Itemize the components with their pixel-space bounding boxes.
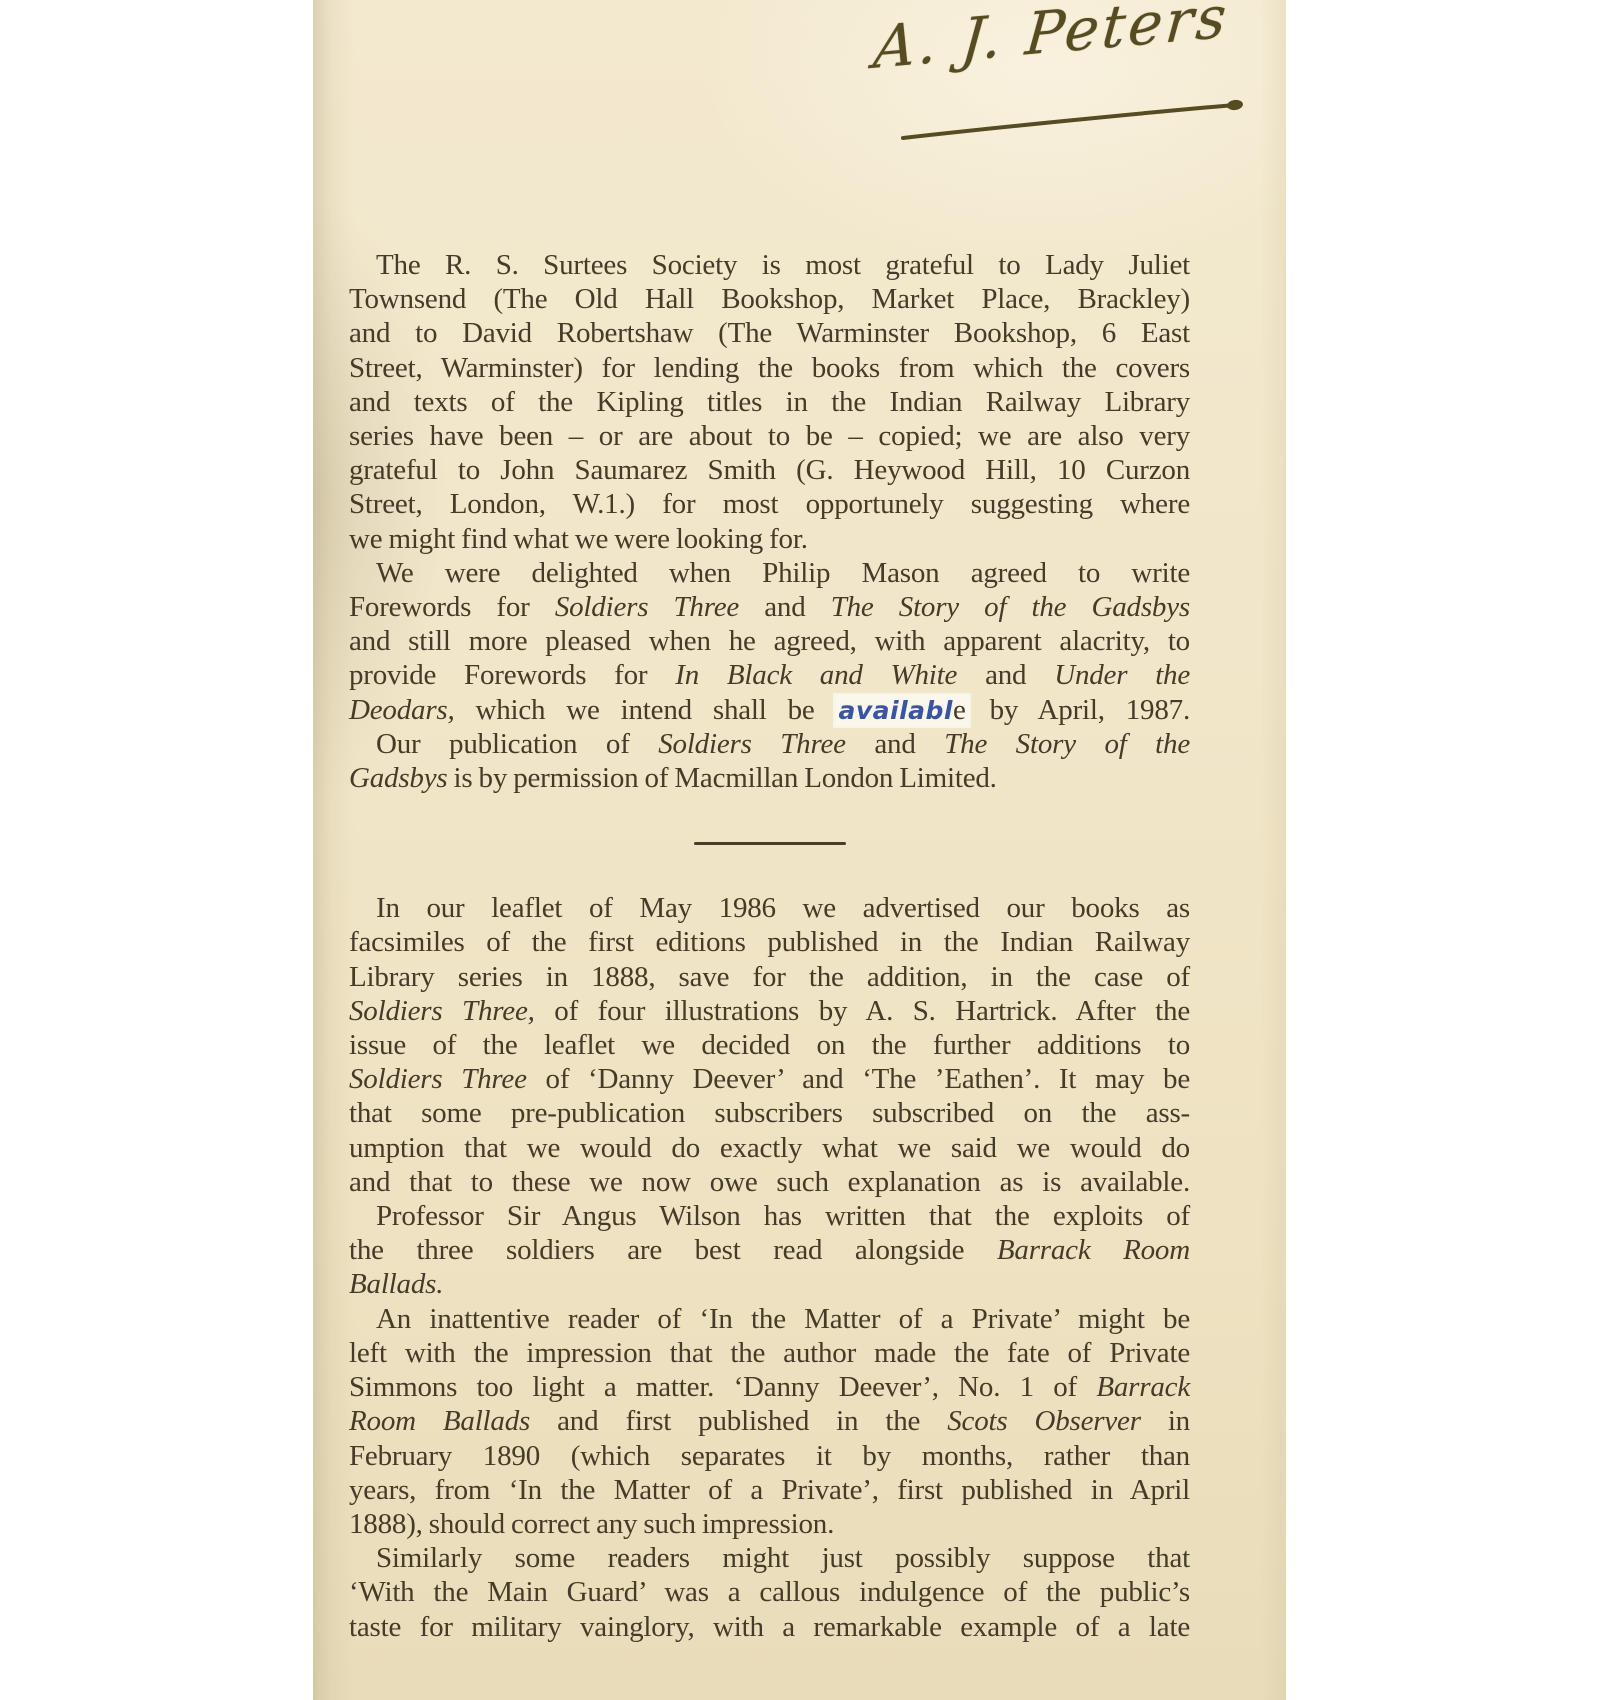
text-line: Gadsbys is by permission of Macmillan Lo… (349, 761, 1190, 795)
italic-text: Ballads. (349, 1268, 443, 1300)
body-text: Our publication of (376, 728, 658, 760)
body-text: that some pre-publication subscribers su… (349, 1097, 1190, 1129)
text-line: grateful to John Saumarez Smith (G. Heyw… (349, 453, 1190, 487)
paragraph: Our publication of Soldiers Three and Th… (349, 727, 1190, 795)
body-text: Simmons too light a matter. ‘Danny Deeve… (349, 1371, 1096, 1403)
text-line: that some pre-publication subscribers su… (349, 1096, 1190, 1130)
body-text: and (739, 591, 831, 623)
body-text: taste for military vainglory, with a rem… (349, 1611, 1190, 1643)
body-text: We were delighted when Philip Mason agre… (376, 557, 1190, 589)
body-text: in (1141, 1405, 1190, 1437)
text-line: the three soldiers are best read alongsi… (349, 1233, 1190, 1267)
body-text: and (846, 728, 944, 760)
body-text: In our leaflet of May 1986 we advertised… (376, 892, 1190, 924)
body-text: Similarly some readers might just possib… (376, 1542, 1190, 1574)
body-text: 1888), should correct any such impressio… (349, 1508, 834, 1540)
body-text: the three soldiers are best read alongsi… (349, 1234, 997, 1266)
text-line: Townsend (The Old Hall Bookshop, Market … (349, 282, 1190, 316)
text-line: and texts of the Kipling titles in the I… (349, 385, 1190, 419)
text-line: provide Forewords for In Black and White… (349, 658, 1190, 692)
text-line: umption that we would do exactly what we… (349, 1131, 1190, 1165)
paragraph: We were delighted when Philip Mason agre… (349, 556, 1190, 727)
body-text: left with the impression that the author… (349, 1337, 1190, 1369)
text-line: Forewords for Soldiers Three and The Sto… (349, 590, 1190, 624)
text-line: Street, Warminster) for lending the book… (349, 351, 1190, 385)
body-text: Townsend (The Old Hall Bookshop, Market … (349, 283, 1190, 315)
italic-text: Under the (1054, 659, 1190, 691)
body-text: of four illustrations by A. S. Hartrick.… (535, 995, 1190, 1027)
paragraph: The R. S. Surtees Society is most gratef… (349, 248, 1190, 556)
correction-patch: available (835, 695, 968, 726)
scanned-page: A. J. Peters The R. S. Surtees Society i… (0, 0, 1600, 1700)
body-text: which we intend shall be (455, 694, 836, 726)
italic-text: Soldiers Three (658, 728, 846, 760)
paragraph: An inattentive reader of ‘In the Matter … (349, 1302, 1190, 1541)
text-line: Soldiers Three of ‘Danny Deever’ and ‘Th… (349, 1062, 1190, 1096)
text-line: series have been – or are about to be – … (349, 419, 1190, 453)
body-text: grateful to John Saumarez Smith (G. Heyw… (349, 454, 1190, 486)
italic-text: Barrack (1096, 1371, 1190, 1403)
body-text: Forewords for (349, 591, 555, 623)
body-text: provide Forewords for (349, 659, 675, 691)
text-line: The R. S. Surtees Society is most gratef… (349, 248, 1190, 282)
signature-text: A. J. Peters (871, 0, 1232, 82)
text-line: Street, London, W.1.) for most opportune… (349, 487, 1190, 521)
signature-underline-stroke (901, 98, 1261, 144)
text-line: Library series in 1888, save for the add… (349, 960, 1190, 994)
text-line: Simmons too light a matter. ‘Danny Deeve… (349, 1370, 1190, 1404)
body-text: series have been – or are about to be – … (349, 420, 1190, 452)
body-text: and texts of the Kipling titles in the I… (349, 386, 1190, 418)
text-line: We were delighted when Philip Mason agre… (349, 556, 1190, 590)
text-line: February 1890 (which separates it by mon… (349, 1439, 1190, 1473)
text-line: issue of the leaflet we decided on the f… (349, 1028, 1190, 1062)
body-text: facsimiles of the first editions publish… (349, 926, 1190, 958)
printed-letter: e (953, 694, 966, 726)
body-text: An inattentive reader of ‘In the Matter … (376, 1303, 1190, 1335)
text-line: Soldiers Three, of four illustrations by… (349, 994, 1190, 1028)
body-text: issue of the leaflet we decided on the f… (349, 1029, 1190, 1061)
body-text: and that to these we now owe such explan… (349, 1166, 1190, 1198)
body-text: Street, Warminster) for lending the book… (349, 352, 1190, 384)
text-line: we might find what we were looking for. (349, 522, 1190, 556)
text-line: years, from ‘In the Matter of a Private’… (349, 1473, 1190, 1507)
text-line: ‘With the Main Guard’ was a callous indu… (349, 1575, 1190, 1609)
body-text: is by permission of Macmillan London Lim… (448, 762, 997, 794)
body-text: we might find what we were looking for. (349, 523, 808, 555)
body-text: Street, London, W.1.) for most opportune… (349, 488, 1190, 520)
paragraph: In our leaflet of May 1986 we advertised… (349, 891, 1190, 1199)
italic-text: In Black and White (675, 659, 957, 691)
italic-text: Deodars, (349, 694, 455, 726)
section-divider (349, 795, 1190, 891)
body-text: Professor Sir Angus Wilson has written t… (376, 1200, 1190, 1232)
body-text: February 1890 (which separates it by mon… (349, 1440, 1190, 1472)
body-text: years, from ‘In the Matter of a Private’… (349, 1474, 1190, 1506)
divider-rule (694, 842, 846, 845)
body-text: Library series in 1888, save for the add… (349, 961, 1190, 993)
text-line: Similarly some readers might just possib… (349, 1541, 1190, 1575)
italic-text: Gadsbys (349, 762, 448, 794)
body-text: and to David Robertshaw (The Warminster … (349, 317, 1190, 349)
italic-text: Soldiers Three (349, 1063, 527, 1095)
text-line: facsimiles of the first editions publish… (349, 925, 1190, 959)
body-text: ‘With the Main Guard’ was a callous indu… (349, 1576, 1190, 1608)
italic-text: Barrack Room (997, 1234, 1190, 1266)
paper-sheet: A. J. Peters The R. S. Surtees Society i… (313, 0, 1286, 1700)
text-line: Our publication of Soldiers Three and Th… (349, 727, 1190, 761)
italic-text: Scots Observer (947, 1405, 1141, 1437)
italic-text: Room Ballads (349, 1405, 530, 1437)
handwritten-correction: availabl (838, 696, 953, 725)
text-line: and still more pleased when he agreed, w… (349, 624, 1190, 658)
italic-text: Soldiers Three (555, 591, 739, 623)
text-line: Deodars, which we intend shall be availa… (349, 693, 1190, 727)
text-line: 1888), should correct any such impressio… (349, 1507, 1190, 1541)
body-text: and (957, 659, 1054, 691)
owner-signature: A. J. Peters (843, 6, 1263, 146)
paragraph: Similarly some readers might just possib… (349, 1541, 1190, 1644)
paragraph: Professor Sir Angus Wilson has written t… (349, 1199, 1190, 1302)
text-line: In our leaflet of May 1986 we advertised… (349, 891, 1190, 925)
text-line: and that to these we now owe such explan… (349, 1165, 1190, 1199)
italic-text: Soldiers Three, (349, 995, 535, 1027)
body-text: and still more pleased when he agreed, w… (349, 625, 1190, 657)
body-text: umption that we would do exactly what we… (349, 1132, 1190, 1164)
text-line: Ballads. (349, 1267, 1190, 1301)
body-text: The R. S. Surtees Society is most gratef… (376, 249, 1190, 281)
text-line: and to David Robertshaw (The Warminster … (349, 316, 1190, 350)
text-block: The R. S. Surtees Society is most gratef… (349, 248, 1190, 1644)
body-text: by April, 1987. (969, 694, 1190, 726)
text-line: Professor Sir Angus Wilson has written t… (349, 1199, 1190, 1233)
body-text: and first published in the (530, 1405, 947, 1437)
italic-text: The Story of the (944, 728, 1190, 760)
text-line: left with the impression that the author… (349, 1336, 1190, 1370)
body-text: of ‘Danny Deever’ and ‘The ’Eathen’. It … (527, 1063, 1190, 1095)
text-line: Room Ballads and first published in the … (349, 1404, 1190, 1438)
text-line: taste for military vainglory, with a rem… (349, 1610, 1190, 1644)
italic-text: The Story of the Gadsbys (831, 591, 1190, 623)
text-line: An inattentive reader of ‘In the Matter … (349, 1302, 1190, 1336)
